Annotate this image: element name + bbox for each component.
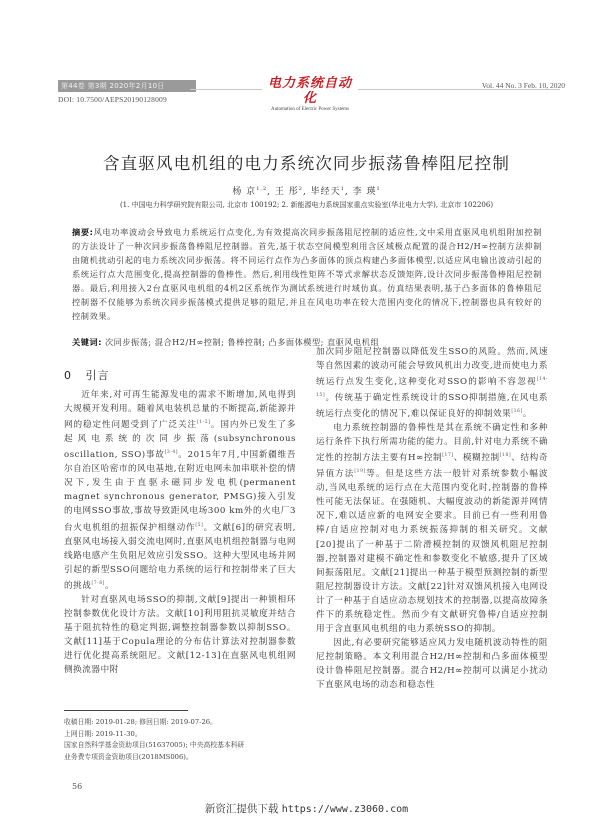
abstract: 摘要:风电功率波动会导致电力系统运行点变化,为有效提高次同步振荡阻尼控制的适应性… [72, 225, 542, 323]
paragraph: 因此,有必要研究能够适应风力发电随机波动特性的阻尼控制策略。本文利用混合H2/H… [316, 636, 548, 692]
paragraph: 针对直驱风电场SSO的抑制,文献[9]提出一种锁相环控制参数优化设计方法。文献[… [64, 593, 296, 678]
citation: [17] [442, 453, 453, 458]
online-date: 上网日期: 2019-11-30。 [64, 729, 304, 741]
section-title: 引言 [86, 369, 110, 382]
journal-name-en: Automation of Electric Power Systems [264, 106, 356, 113]
author: 毕经天 [311, 187, 341, 197]
doi: DOI: 10.7500/AEPS20190128009 [58, 95, 196, 104]
journal-name-cn: 电力系统自动化 [264, 76, 356, 106]
watermark: 新资汇提供下载 https://www.z3060.com [0, 801, 613, 816]
received-date: 收稿日期: 2019-01-28; 修回日期: 2019-07-26。 [64, 717, 304, 729]
citation: [7-8] [91, 581, 105, 586]
author: 杨 京 [232, 187, 256, 197]
paragraph: 电力系统控制器的鲁棒性是其在系统不确定性和多种运行条件下执行所需功能的能力。目前… [316, 421, 548, 636]
section-number: 0 [64, 369, 72, 382]
author: 王 彤 [275, 187, 299, 197]
volume-info: Vol. 44 No. 3 Feb. 10, 2020 [482, 81, 565, 90]
citation: [1-2] [197, 420, 211, 425]
body-column-right: 加次同步阻尼控制器以降低发生SSO的风险。然而,风速等自然因素的波动可能会导致风… [316, 345, 548, 693]
funding-cont: 业务费专项资金资助项目(2018MS006)。 [64, 752, 304, 764]
paragraph: 加次同步阻尼控制器以降低发生SSO的风险。然而,风速等自然因素的波动可能会导致风… [316, 345, 548, 421]
watermark-url[interactable]: https://www.z3060.com [282, 804, 408, 815]
citation: [16] [511, 409, 522, 414]
section-heading: 0 引言 [64, 367, 110, 383]
author-list: 杨 京1,2, 王 彤2, 毕经天1, 李 瑛1 [0, 184, 613, 197]
funding: 国家自然科学基金资助项目(51637005); 中央高校基本科研 [64, 740, 304, 752]
citation: [18] [500, 453, 511, 458]
citation: [19] [354, 469, 365, 474]
abstract-text: 风电功率波动会导致电力系统运行点变化,为有效提高次同步振荡阻尼控制的适应性,文中… [72, 227, 542, 321]
footnote-divider [64, 710, 188, 711]
article-title: 含直驱风电机组的电力系统次同步振荡鲁棒阻尼控制 [0, 150, 613, 174]
watermark-text: 新资汇提供下载 [205, 803, 279, 815]
paragraph: 近年来,对可再生能源发电的需求不断增加,风电得到大规模开发利用。随着风电装机总量… [64, 388, 296, 593]
affiliations: (1. 中国电力科学研究院有限公司, 北京市 100192; 2. 新能源电力系… [0, 200, 613, 210]
journal-logo: 电力系统自动化 Automation of Electric Power Sys… [262, 76, 358, 113]
abstract-label: 摘要: [72, 227, 94, 237]
footnotes: 收稿日期: 2019-01-28; 修回日期: 2019-07-26。 上网日期… [64, 717, 304, 763]
journal-header-left: 第44卷 第3期 2020年2月10日 DOI: 10.7500/AEPS201… [58, 80, 196, 104]
citation: [3-4] [165, 450, 179, 455]
body-column-left: 近年来,对可再生能源发电的需求不断增加,风电得到大规模开发利用。随着风电装机总量… [64, 388, 296, 677]
author: 李 瑛 [353, 187, 377, 197]
keywords-label: 关键词: [72, 337, 102, 347]
issue-label: 第44卷 第3期 2020年2月10日 [58, 80, 196, 92]
page-number: 56 [72, 782, 82, 791]
